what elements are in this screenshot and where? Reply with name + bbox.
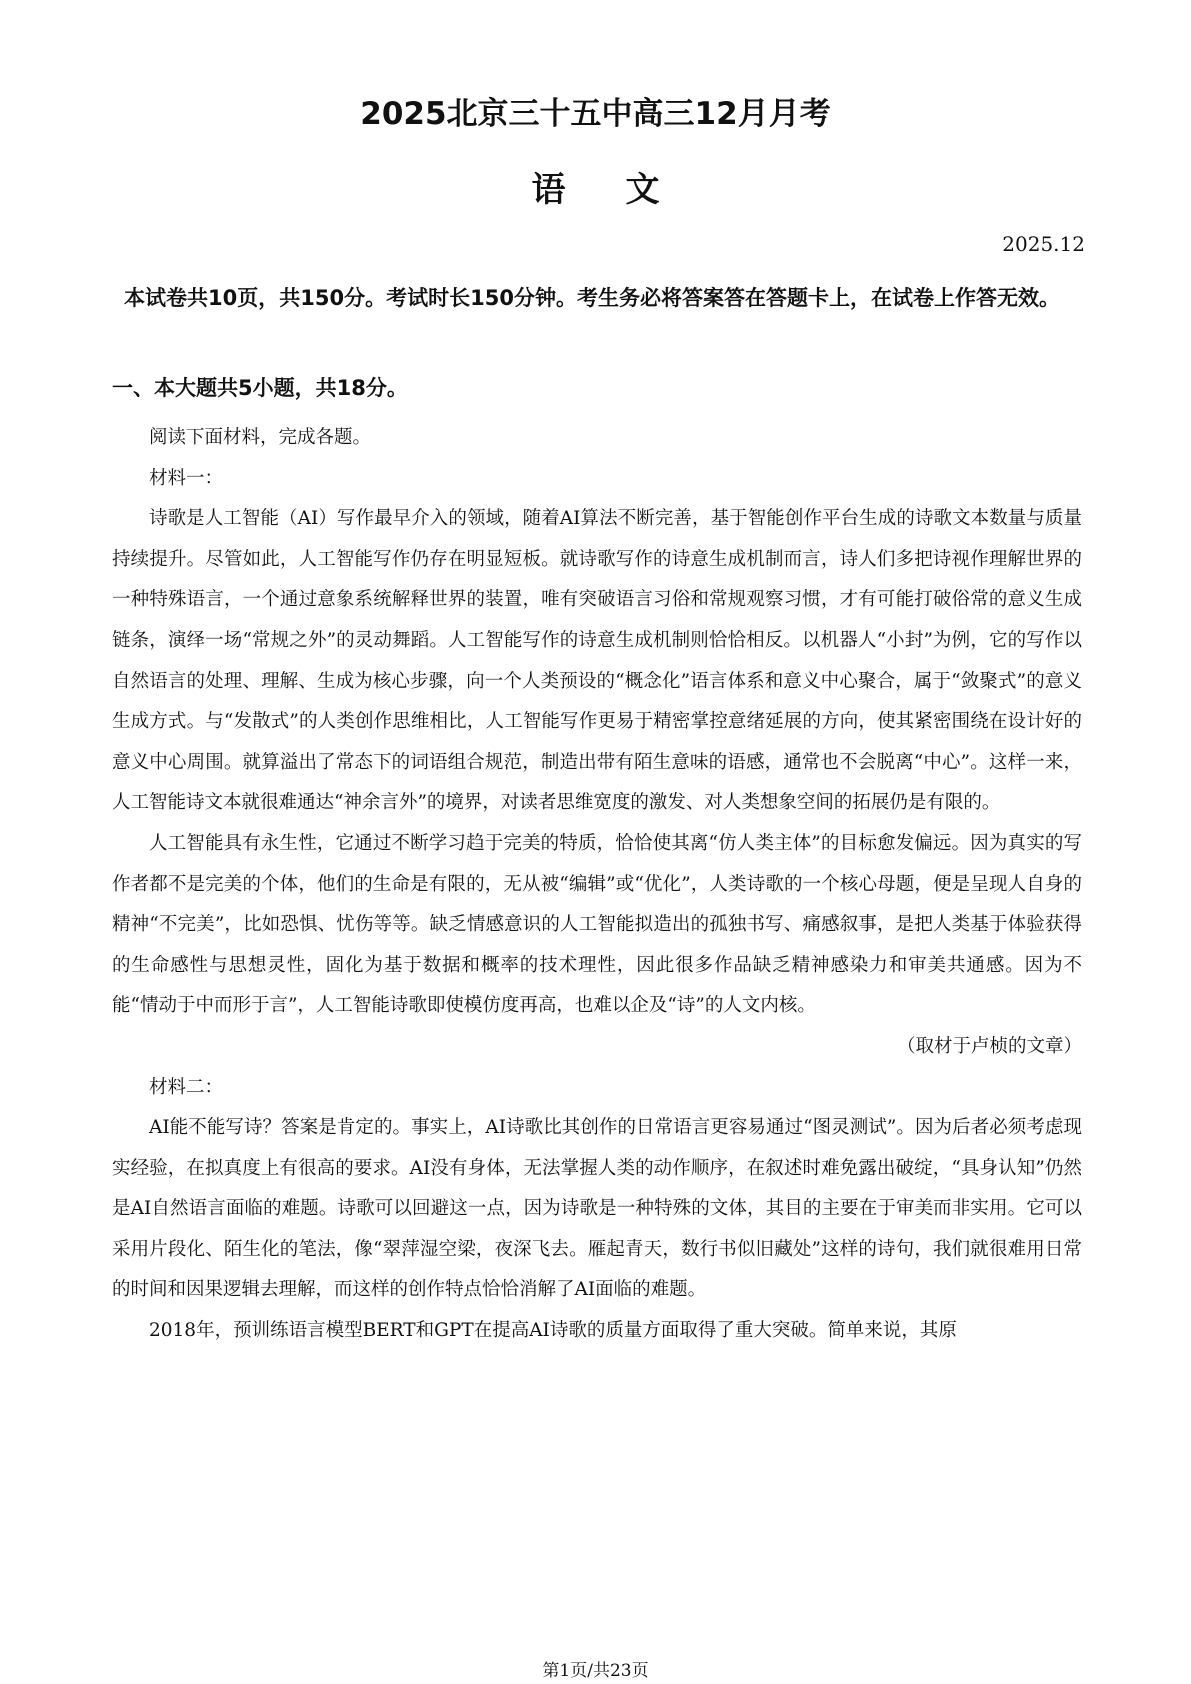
subject-char: 文 [626,170,660,210]
exam-title: 2025北京三十五中高三12月月考 [0,88,1191,133]
paragraph: AI能不能写诗？答案是肯定的。事实上，AI诗歌比其创作的日常语言更容易通过“图灵… [112,1108,1082,1311]
material-label: 材料一： [112,459,1082,500]
subject-char: 语 [532,170,566,210]
exam-page: 2025北京三十五中高三12月月考 语文 2025.12 本试卷共10页，共15… [0,0,1191,1684]
paragraph: 诗歌是人工智能（AI）写作最早介入的领域，随着AI算法不断完善，基于智能创作平台… [112,499,1082,824]
exam-date: 2025.12 [1002,232,1085,256]
reading-material: 阅读下面材料，完成各题。 材料一： 诗歌是人工智能（AI）写作最早介入的领域，随… [112,418,1082,1352]
section-heading: 一、本大题共5小题，共18分。 [112,372,408,402]
instruction: 阅读下面材料，完成各题。 [112,418,1082,459]
material-label: 材料二： [112,1068,1082,1109]
exam-notice: 本试卷共10页，共150分。考试时长150分钟。考生务必将答案答在答题卡上，在试… [112,276,1072,320]
page-indicator: 第1页/共23页 [0,1656,1191,1681]
paragraph: 2018年，预训练语言模型BERT和GPT在提高AI诗歌的质量方面取得了重大突破… [112,1311,1082,1352]
paragraph: 人工智能具有永生性，它通过不断学习趋于完美的特质，恰恰使其离“仿人类主体”的目标… [112,824,1082,1027]
subject-title: 语文 [0,162,1191,211]
source-citation: （取材于卢桢的文章） [112,1027,1082,1068]
